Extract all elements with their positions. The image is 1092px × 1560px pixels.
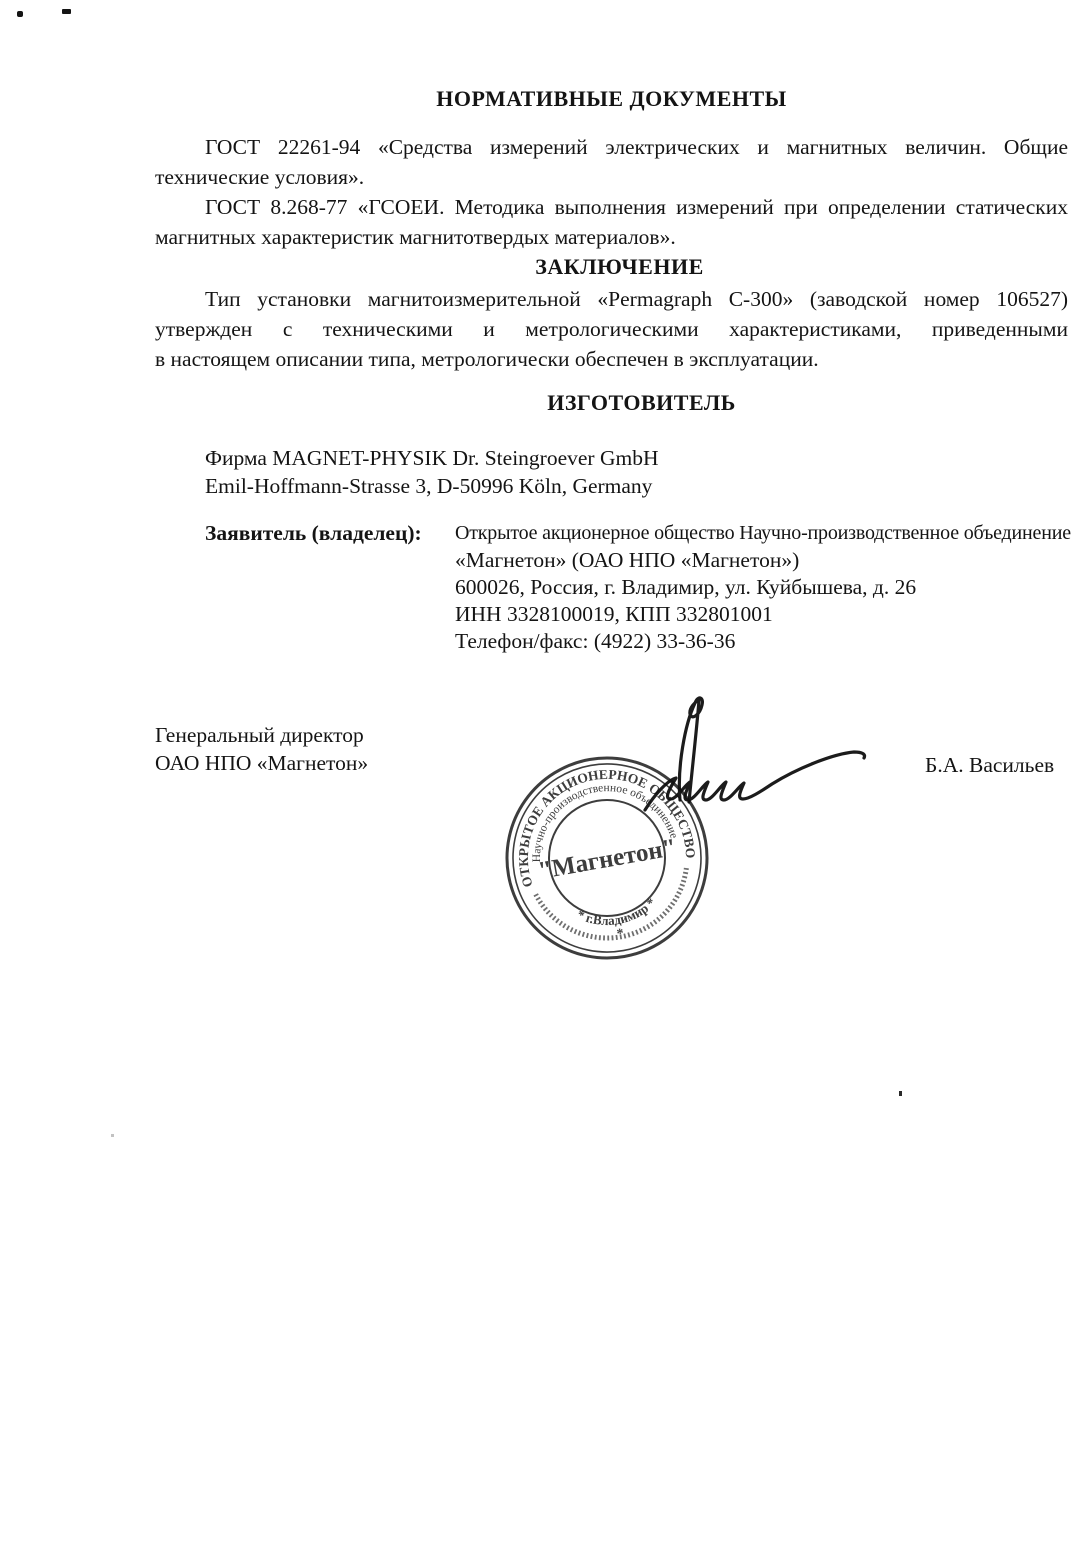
text-line: Тип установки магнитоизмерительной «Perm… <box>155 284 1068 314</box>
text-line: «Магнетон» (ОАО НПО «Магнетон») <box>455 547 1071 574</box>
text-line: магнитных характеристик магнитотвердых м… <box>155 222 1068 252</box>
text-line: в настоящем описании типа, метрологическ… <box>155 344 1068 374</box>
stamp-center-text: "Магнетон" <box>536 834 678 885</box>
conclusion-paragraph: Тип установки магнитоизмерительной «Perm… <box>155 284 1068 374</box>
manufacturer-address: Фирма MAGNET-PHYSIK Dr. Steingroever Gmb… <box>155 444 1068 500</box>
text-line: утвержден с техническими и метрологическ… <box>155 314 1068 344</box>
signature-strokes <box>645 698 865 810</box>
scan-artifact <box>62 9 71 14</box>
section-heading-conclusion: ЗАКЛЮЧЕНИЕ <box>163 254 1076 280</box>
document-page: НОРМАТИВНЫЕ ДОКУМЕНТЫ ГОСТ 22261-94 «Сре… <box>0 0 1092 1560</box>
scan-artifact <box>111 1134 114 1137</box>
scan-artifact <box>17 11 23 17</box>
text-line: Emil-Hoffmann-Strasse 3, D-50996 Köln, G… <box>205 472 1068 500</box>
text-line: технические условия». <box>155 162 1068 192</box>
text-line: Генеральный директор <box>155 721 575 749</box>
scan-artifact <box>899 1091 902 1096</box>
text-line: ГОСТ 8.268-77 «ГСОЕИ. Методика выполнени… <box>155 192 1068 222</box>
applicant-label: Заявитель (владелец): <box>155 520 455 547</box>
text-line: Фирма MAGNET-PHYSIK Dr. Steingroever Gmb… <box>205 444 1068 472</box>
text-line: Открытое акционерное общество Научно-про… <box>455 520 1071 547</box>
signer-name: Б.А. Васильев <box>925 751 1054 779</box>
text-line: 600026, Россия, г. Владимир, ул. Куйбыше… <box>455 574 1071 601</box>
section-heading-normative-documents: НОРМАТИВНЫЕ ДОКУМЕНТЫ <box>155 86 1068 112</box>
text-line: ИНН 3328100019, КПП 332801001 <box>455 601 1071 628</box>
applicant-details: Открытое акционерное общество Научно-про… <box>455 520 1071 655</box>
text-line: Телефон/факс: (4922) 33-36-36 <box>455 628 1071 655</box>
signature-spike-stroke <box>679 698 702 802</box>
stamp-bottom-star: * <box>616 926 625 942</box>
normative-paragraphs: ГОСТ 22261-94 «Средства измерений электр… <box>155 132 1068 252</box>
handwritten-signature <box>610 682 890 822</box>
text-line: ГОСТ 22261-94 «Средства измерений электр… <box>155 132 1068 162</box>
applicant-section: Заявитель (владелец): Открытое акционерн… <box>155 520 1068 655</box>
section-heading-manufacturer: ИЗГОТОВИТЕЛЬ <box>185 390 1092 416</box>
